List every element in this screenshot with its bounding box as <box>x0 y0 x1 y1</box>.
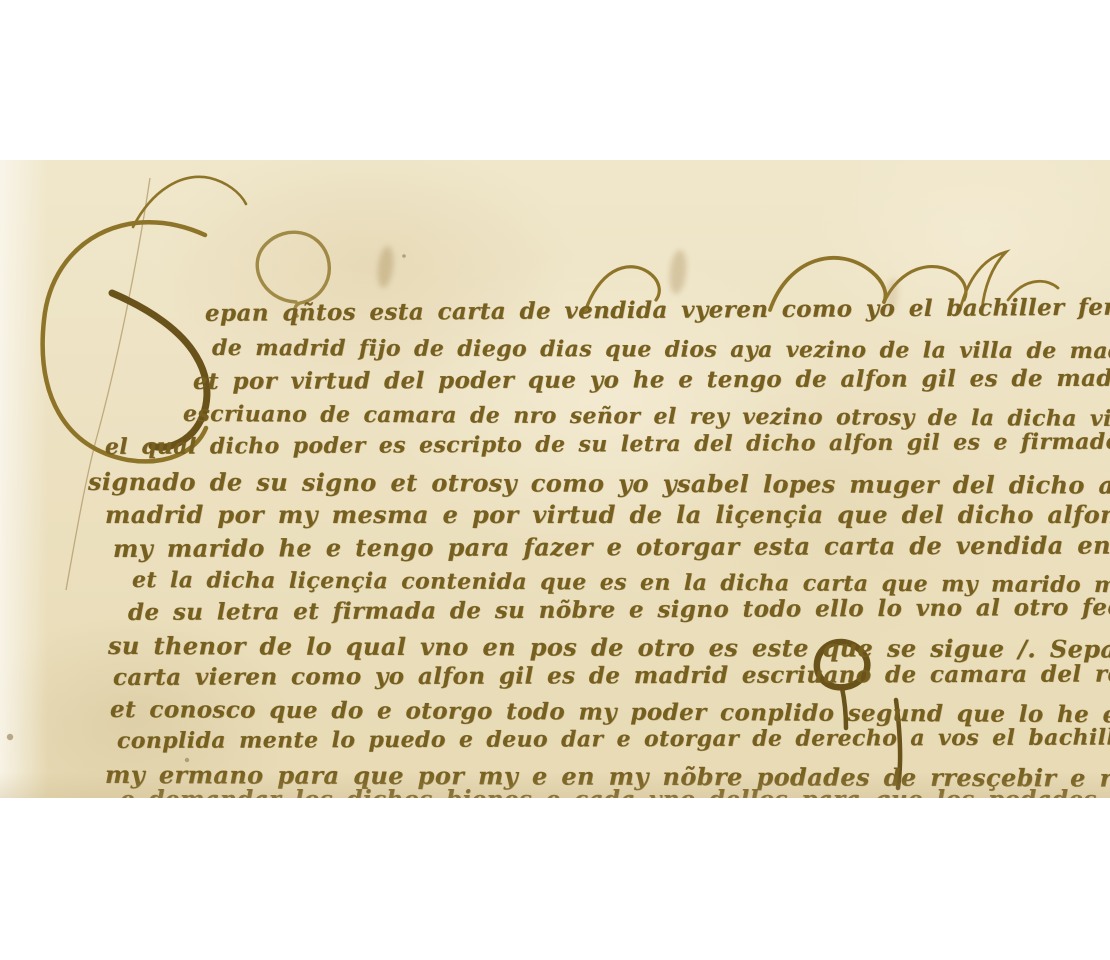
manuscript-text-line: madrid por my mesma e por virtud de la l… <box>105 500 1110 529</box>
manuscript-text-line: de su letra et firmada de su nõbre e sig… <box>128 593 1110 626</box>
text-layer: epan qñtos esta carta de vendida vyeren … <box>0 160 1110 798</box>
manuscript-scan-page: { "document": { "kind": "medieval manusc… <box>0 0 1110 960</box>
manuscript-text-line: su thenor de lo qual vno en pos de otro … <box>108 631 1110 664</box>
manuscript-text-line: conplida mente lo puedo e deuo dar e oto… <box>117 724 1110 754</box>
manuscript-text-line: et por virtud del poder que yo he e teng… <box>193 364 1110 395</box>
scan-stage: epan qñtos esta carta de vendida vyeren … <box>0 0 1110 960</box>
manuscript-text-line: escriuano de camara de nro señor el rey … <box>183 401 1110 433</box>
manuscript-text-line: carta vieren como yo alfon gil es de mad… <box>113 660 1110 691</box>
manuscript-text-line: el qual dicho poder es escripto de su le… <box>105 428 1110 460</box>
manuscript-text-line: de madrid fijo de diego dias que dios ay… <box>212 335 1110 365</box>
manuscript-text-line: my marido he e tengo para fazer e otorga… <box>113 530 1110 563</box>
parchment-leaf: epan qñtos esta carta de vendida vyeren … <box>0 160 1110 798</box>
manuscript-text-line: signado de su signo et otrosy como yo ys… <box>88 467 1110 500</box>
manuscript-text-line: epan qñtos esta carta de vendida vyeren … <box>205 292 1110 327</box>
manuscript-text-line: e demandar los dichos bienes e cada vno … <box>120 786 1110 798</box>
